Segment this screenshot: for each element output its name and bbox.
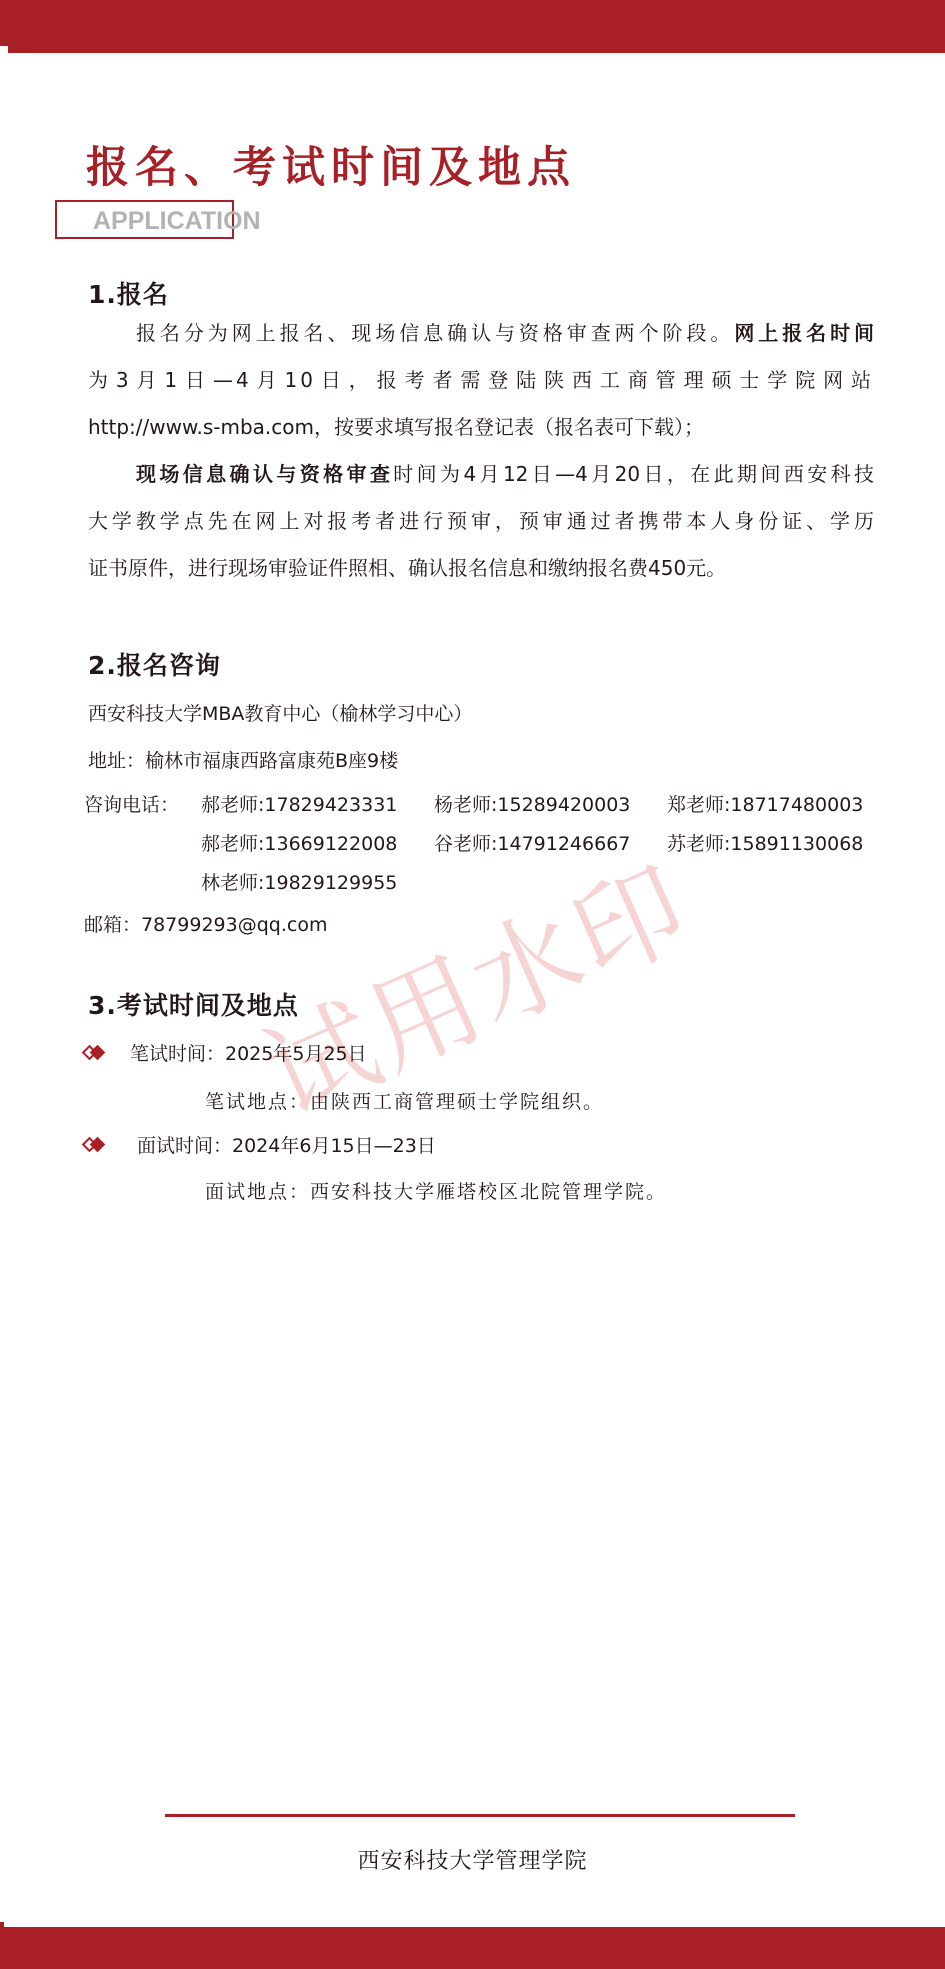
interview-location: 面试地点：西安科技大学雁塔校区北院管理学院。: [205, 1177, 667, 1207]
phone-contact: 郑老师:18717480003: [667, 791, 863, 819]
registration-paragraph-line: 报名分为网上报名、现场信息确认与资格审查两个阶段。网上报名时间: [88, 318, 874, 348]
registration-paragraph-line: 为3月1日—4月10日，报考者需登陆陕西工商管理硕士学院网站: [88, 365, 874, 395]
diamond-bullet-icon: [82, 1045, 108, 1061]
registration-website-line: http://www.s-mba.com，按要求填写报名登记表（报名表可下载）；: [88, 412, 704, 442]
section-heading-registration: 1.报名: [88, 279, 169, 311]
onsite-confirmation-text: 时间为4月12日—4月20日，在此期间西安科技: [393, 462, 874, 486]
consultation-org: 西安科技大学MBA教育中心（榆林学习中心）: [88, 699, 472, 729]
onsite-paragraph-line: 大学教学点先在网上对报考者进行预审，预审通过者携带本人身份证、学历: [88, 506, 874, 536]
diamond-bullet-icon: [82, 1137, 108, 1153]
online-registration-label: 网上报名时间: [734, 321, 874, 345]
written-exam-time: 笔试时间：2025年5月25日: [130, 1039, 367, 1069]
consultation-email: 邮箱：78799293@qq.com: [84, 911, 327, 939]
phone-contact: 林老师:19829129955: [201, 869, 397, 897]
section-heading-exam: 3.考试时间及地点: [88, 990, 299, 1022]
phone-contact: 谷老师:14791246667: [434, 830, 630, 858]
subtitle-label: APPLICATION: [93, 204, 261, 238]
registration-intro-text: 报名分为网上报名、现场信息确认与资格审查两个阶段。: [136, 321, 734, 345]
phone-contact: 郝老师:13669122008: [201, 830, 397, 858]
onsite-confirmation-label: 现场信息确认与资格审查: [136, 462, 393, 486]
interview-time: 面试时间：2024年6月15日—23日: [137, 1131, 436, 1161]
consultation-address: 地址：榆林市福康西路富康苑B座9楼: [88, 746, 398, 776]
footer-divider: [165, 1814, 795, 1817]
page-title: 报名、考试时间及地点: [86, 140, 576, 196]
bottom-banner-bar: [0, 1927, 945, 1969]
section-heading-consultation: 2.报名咨询: [88, 650, 221, 682]
onsite-paragraph-line: 证书原件，进行现场审验证件照相、确认报名信息和缴纳报名费450元。: [88, 553, 726, 583]
top-banner-bar: [0, 0, 945, 53]
top-banner-notch: [0, 46, 8, 53]
phone-contact: 郝老师:17829423331: [201, 791, 397, 819]
footer-org: 西安科技大学管理学院: [0, 1847, 945, 1877]
phone-contact: 苏老师:15891130068: [667, 830, 863, 858]
phone-contact: 杨老师:15289420003: [434, 791, 630, 819]
written-exam-location: 笔试地点：由陕西工商管理硕士学院组织。: [205, 1087, 604, 1117]
onsite-paragraph-line: 现场信息确认与资格审查时间为4月12日—4月20日，在此期间西安科技: [88, 459, 874, 489]
phone-label: 咨询电话：: [84, 791, 179, 819]
